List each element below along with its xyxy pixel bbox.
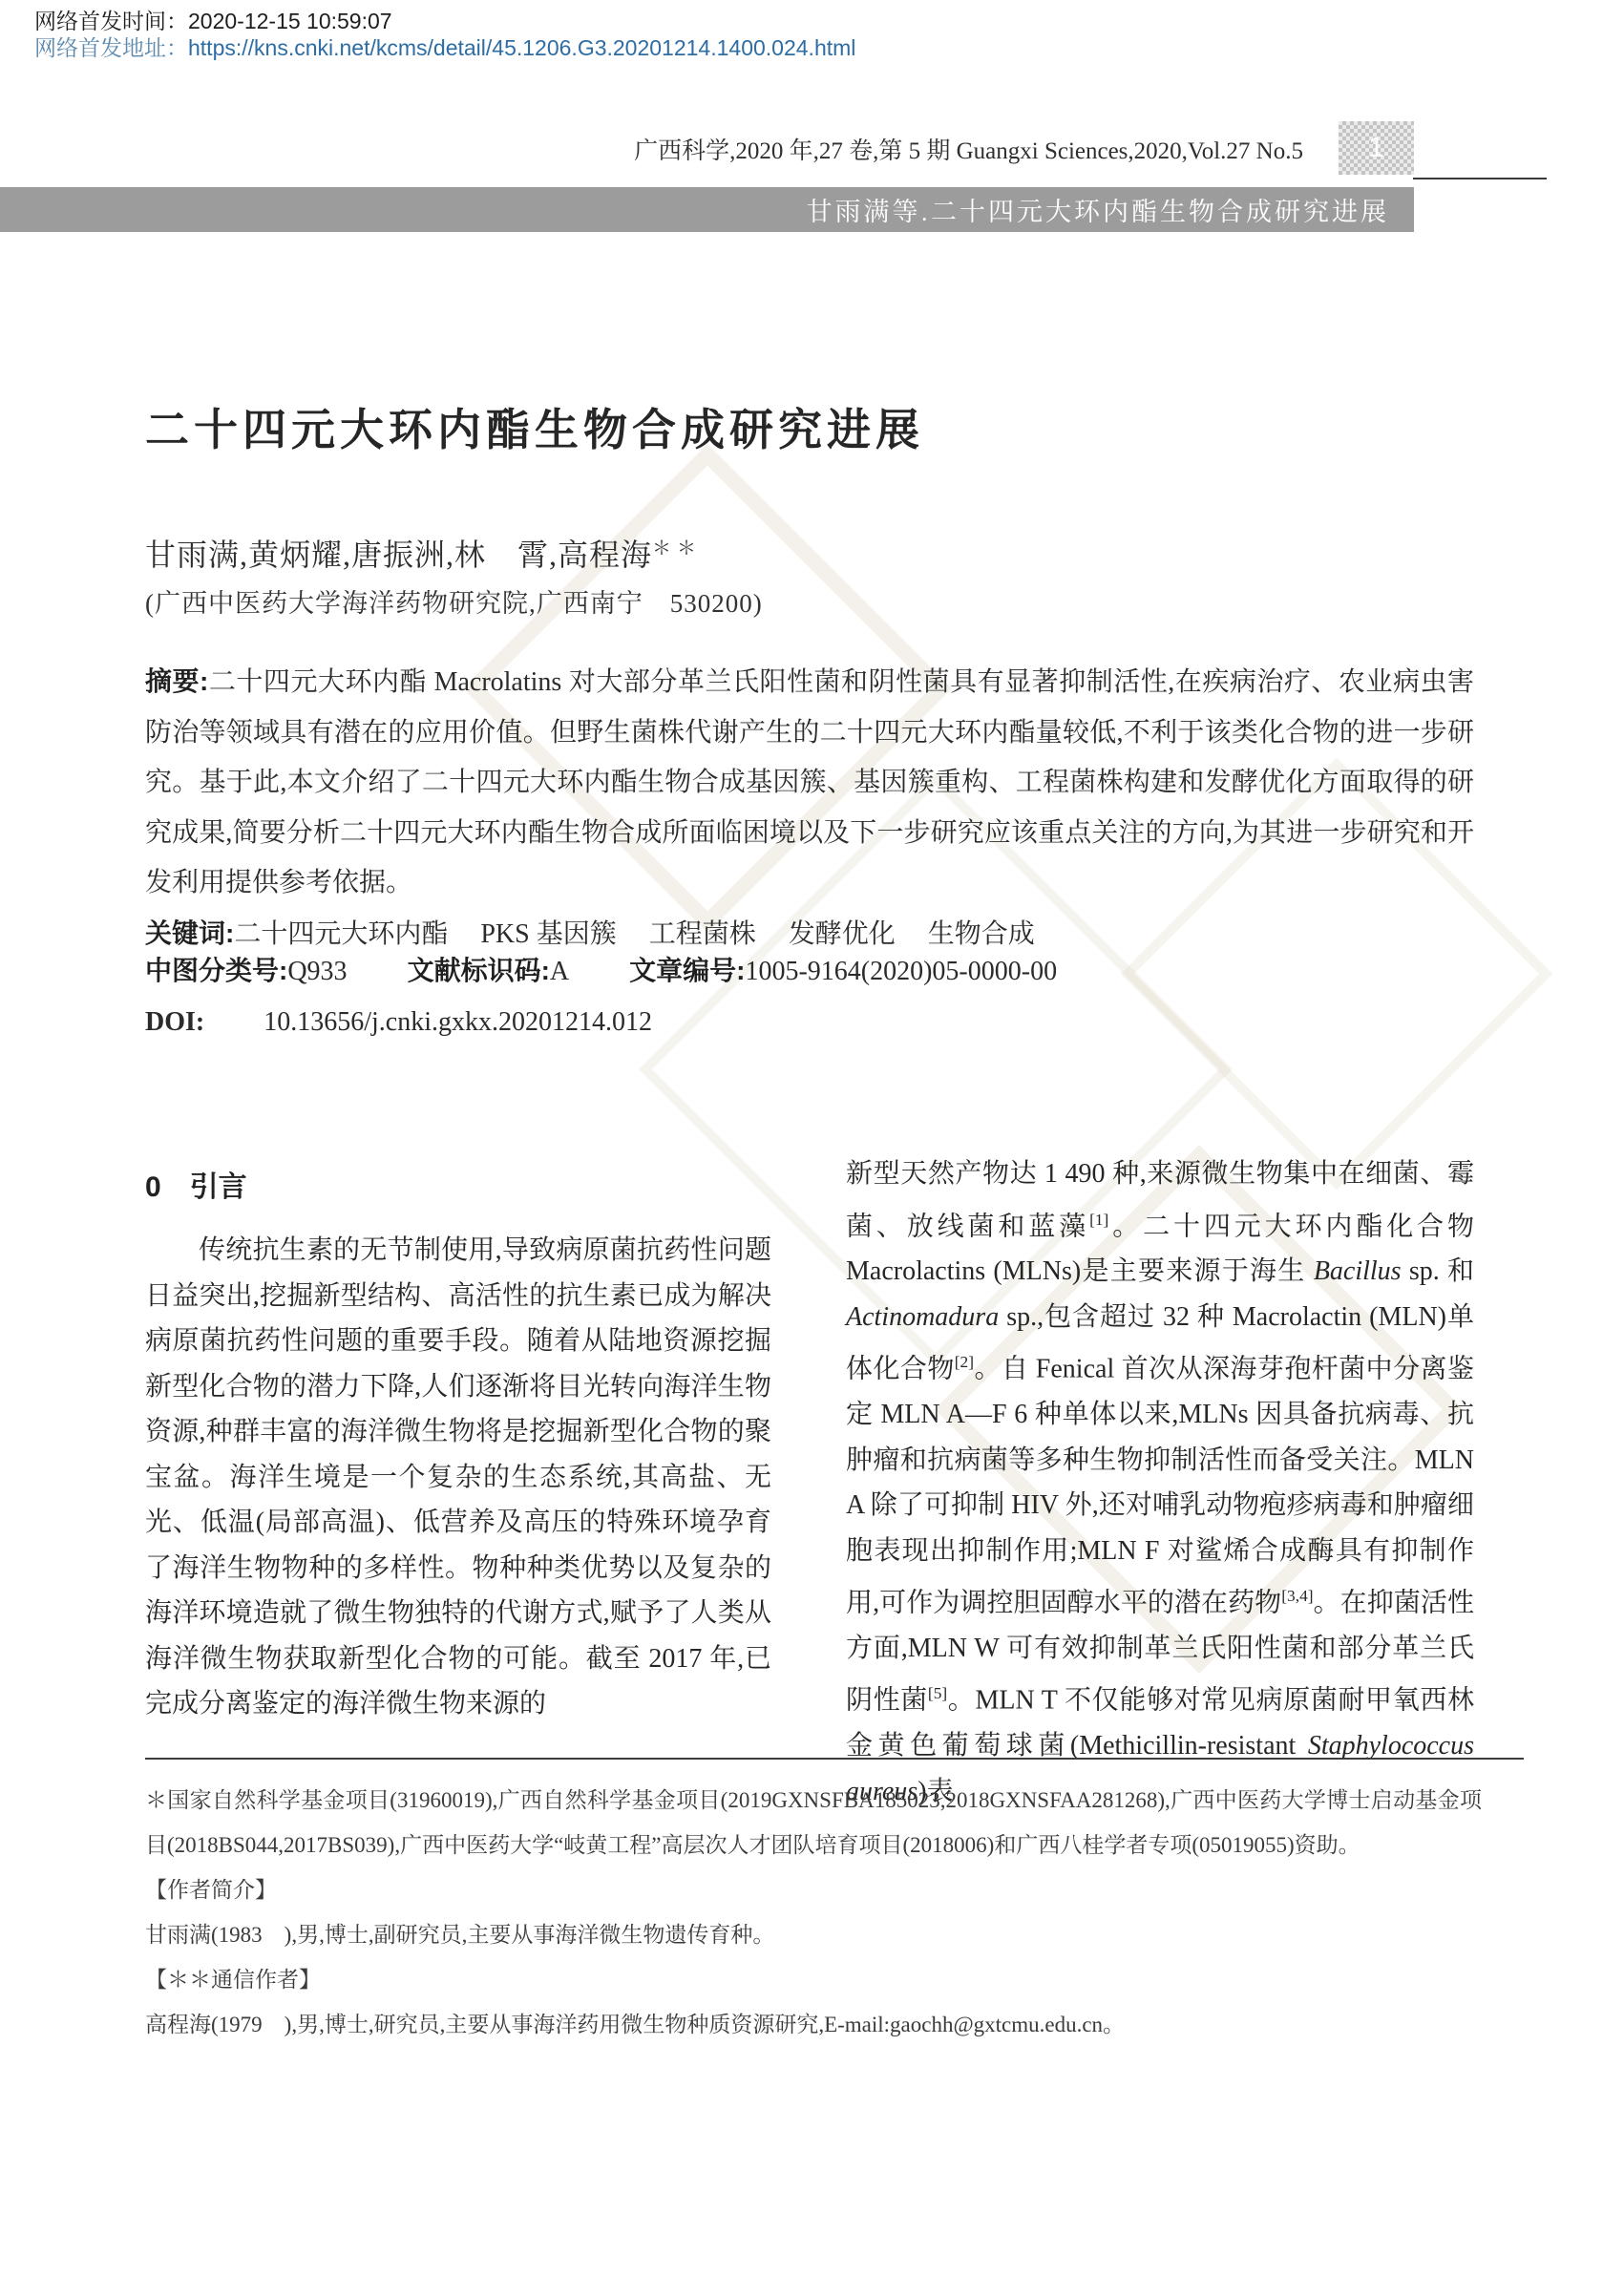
keyword-term: 发酵优化 (789, 919, 896, 949)
article-id-label: 文章编号: (629, 956, 745, 985)
doi-line: DOI:10.13656/j.cnki.gxkx.20201214.012 (145, 1007, 652, 1038)
abstract-text: 二十四元大环内酯 Macrolatins 对大部分革兰氏阳性菌和阴性菌具有显著抑… (145, 667, 1474, 897)
online-first-time-line: 网络首发时间：2020-12-15 10:59:07 (34, 8, 392, 34)
online-first-time-label: 网络首发时间： (34, 9, 188, 33)
online-first-url-line: 网络首发地址：https://kns.cnki.net/kcms/detail/… (34, 34, 855, 61)
keyword-term: 生物合成 (928, 919, 1035, 949)
body-left-column: 0引言 传统抗生素的无节制使用,导致病原菌抗药性问题日益突出,挖掘新型结构、高活… (145, 1151, 771, 1727)
citation-reference: [2] (955, 1353, 974, 1371)
meta-line: 中图分类号:Q933 文献标识码:A 文章编号:1005-9164(2020)0… (145, 950, 1057, 988)
running-title-banner: 甘雨满等.二十四元大环内酯生物合成研究进展 (0, 187, 1414, 232)
doi-label: DOI: (145, 1007, 204, 1037)
online-first-url-link[interactable]: https://kns.cnki.net/kcms/detail/45.1206… (188, 35, 855, 60)
paper-page: 网络首发时间：2020-12-15 10:59:07 网络首发地址：https:… (0, 0, 1624, 2278)
body-paragraph-left: 传统抗生素的无节制使用,导致病原菌抗药性问题日益突出,挖掘新型结构、高活性的抗生… (145, 1228, 771, 1727)
footnote-rule (145, 1758, 1524, 1760)
keywords-label: 关键词: (145, 918, 234, 948)
affiliation: (广西中医药大学海洋药物研究院,广西南宁 530200) (145, 582, 763, 620)
clc-value: Q933 (287, 957, 347, 986)
doi-value: 10.13656/j.cnki.gxkx.20201214.012 (264, 1007, 652, 1037)
corresponding-author-text: 高程海(1979 ),男,博士,研究员,主要从事海洋药用微生物种质资源研究,E-… (145, 2002, 1482, 2047)
doc-code-value: A (550, 957, 569, 986)
body-right-column: 新型天然产物达 1 490 种,来源微生物集中在细菌、霉菌、放线菌和蓝藻[1]。… (846, 1151, 1474, 1814)
author-bio-header: 【作者简介】 (145, 1867, 1482, 1912)
keywords-list: 二十四元大环内酯PKS 基因簇工程菌株发酵优化生物合成 (234, 919, 1034, 949)
citation-reference: [3,4] (1281, 1587, 1313, 1605)
keyword-term: PKS 基因簇 (480, 919, 616, 949)
corresponding-author-header: 【＊＊通信作者】 (145, 1957, 1482, 2002)
article-id-group: 文章编号:1005-9164(2020)05-0000-00 (629, 957, 1057, 986)
online-first-url-label: 网络首发地址： (34, 35, 188, 60)
section-heading: 0引言 (145, 1169, 771, 1207)
section-title: 引言 (190, 1171, 247, 1203)
clc-group: 中图分类号:Q933 (145, 957, 348, 986)
header-rule (1413, 178, 1547, 179)
species-name-italic: Bacillus (1314, 1256, 1402, 1286)
page-number-box: 1 (1339, 121, 1414, 175)
online-first-time-value: 2020-12-15 10:59:07 (188, 9, 392, 33)
species-name-italic: Actinomadura (846, 1302, 999, 1332)
funding-note: ＊国家自然科学基金项目(31960019),广西自然科学基金项目(2019GXN… (145, 1778, 1482, 1867)
abstract-block: 摘要:二十四元大环内酯 Macrolatins 对大部分革兰氏阳性菌和阴性菌具有… (145, 657, 1474, 960)
keyword-term: 二十四元大环内酯 (234, 919, 448, 949)
article-id-value: 1005-9164(2020)05-0000-00 (745, 957, 1057, 986)
author-names: 甘雨满,黄炳耀,唐振洲,林 霄,高程海 (145, 538, 652, 572)
section-number: 0 (145, 1171, 161, 1203)
abstract-paragraph: 摘要:二十四元大环内酯 Macrolatins 对大部分革兰氏阳性菌和阴性菌具有… (145, 657, 1474, 909)
corresponding-author-mark: ＊＊ (652, 538, 702, 559)
running-title: 甘雨满等.二十四元大环内酯生物合成研究进展 (806, 191, 1389, 228)
doc-code-group: 文献标识码:A (408, 957, 570, 986)
page-number: 1 (1368, 132, 1384, 164)
journal-header: 广西科学,2020 年,27 卷,第 5 期 Guangxi Sciences,… (634, 132, 1303, 166)
footnote-block: ＊国家自然科学基金项目(31960019),广西自然科学基金项目(2019GXN… (145, 1778, 1482, 2047)
author-bio-text: 甘雨满(1983 ),男,博士,副研究员,主要从事海洋微生物遗传育种。 (145, 1912, 1482, 1957)
clc-label: 中图分类号: (145, 956, 287, 985)
body-paragraph-right: 新型天然产物达 1 490 种,来源微生物集中在细菌、霉菌、放线菌和蓝藻[1]。… (846, 1151, 1474, 1814)
citation-reference: [1] (1089, 1211, 1108, 1229)
citation-reference: [5] (928, 1684, 947, 1702)
doc-code-label: 文献标识码: (408, 956, 550, 985)
abstract-label: 摘要: (145, 666, 208, 696)
author-line: 甘雨满,黄炳耀,唐振洲,林 霄,高程海＊＊ (145, 531, 702, 575)
article-title: 二十四元大环内酯生物合成研究进展 (145, 395, 924, 458)
keyword-term: 工程菌株 (649, 919, 756, 949)
